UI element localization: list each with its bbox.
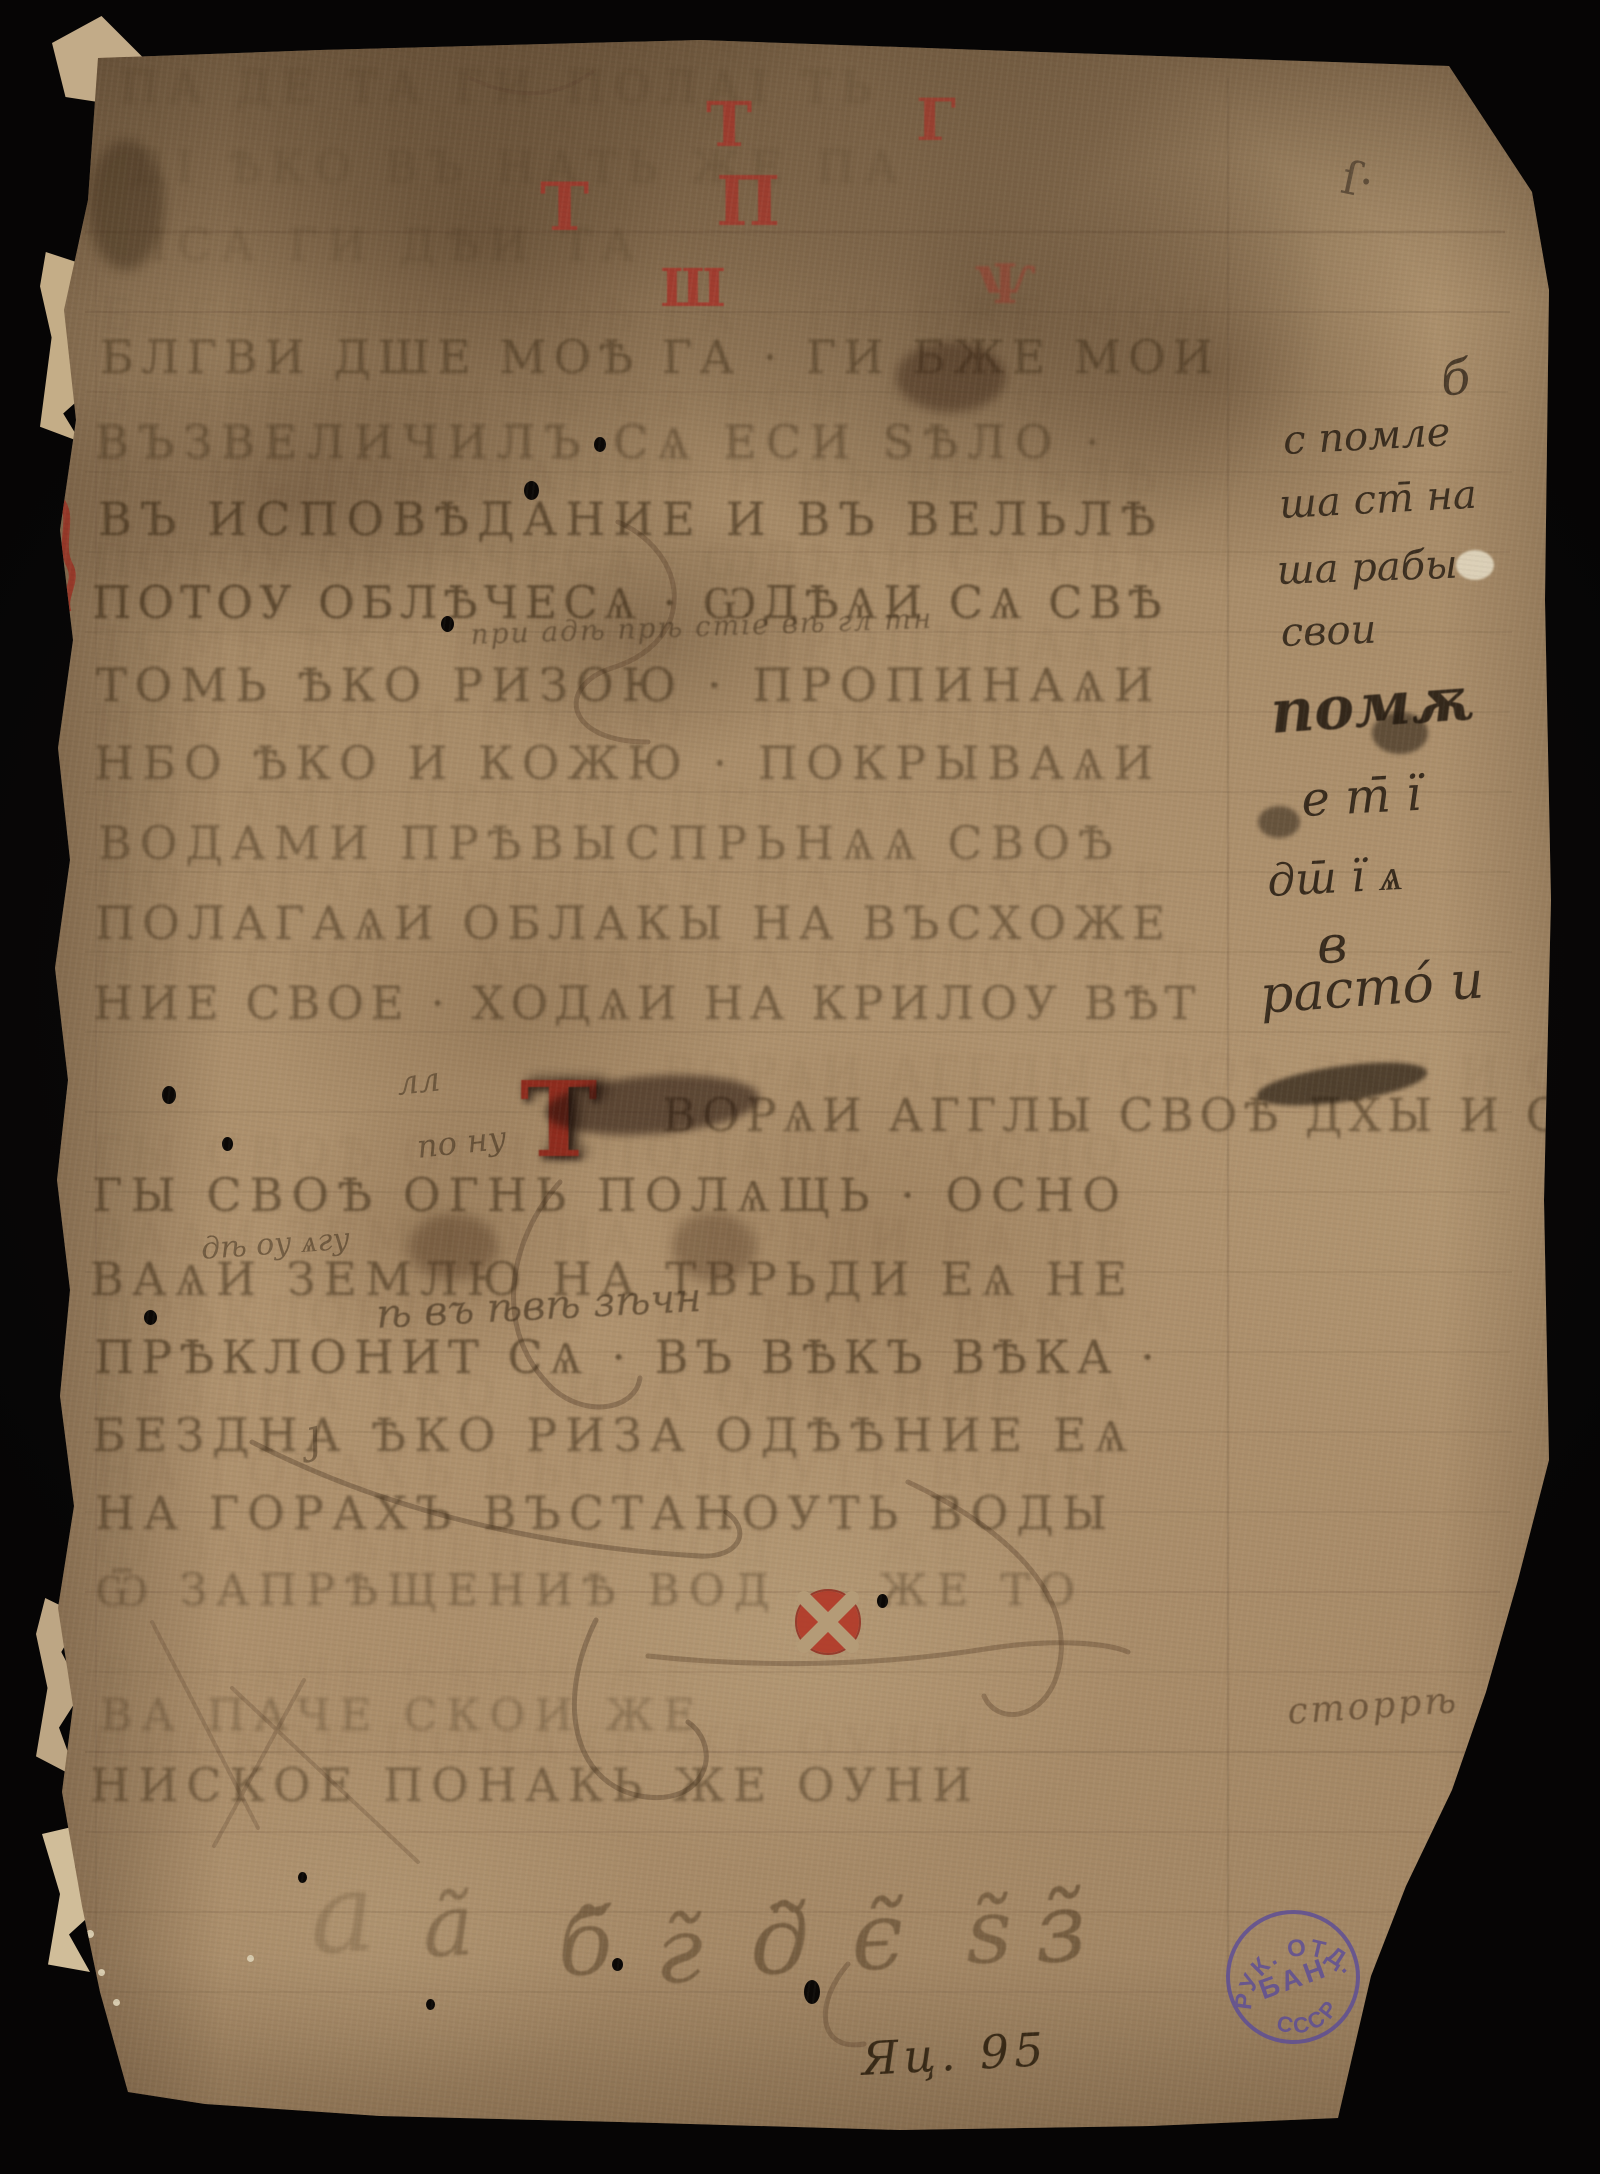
- white-speck: [113, 1999, 120, 2006]
- stain-blot: [408, 1214, 498, 1280]
- stain-blot: [88, 140, 164, 270]
- margin-note: б: [1438, 349, 1473, 408]
- text-line: ВОРѦИ АГГЛЫ СВОѢ ДХЫ И СЛОУ: [662, 1088, 1600, 1142]
- text-line: ВОДАМИ ПРѢВЫСПРЬНѦѦ СВОѢ: [98, 816, 1121, 870]
- cyrillic-numeral: ѕ̃: [964, 1878, 1014, 1985]
- margin-note: дш̄ ї ѧ: [1266, 849, 1404, 907]
- rubric-letter: Ѱ: [975, 252, 1034, 316]
- text-line: ГЫ СВОѢ ОГНЬ ПОЛѦЩЬ · ОСНО: [92, 1168, 1128, 1222]
- text-line: ДІ ѢКО ВЪ НАТЬ ЖЕ ПА: [130, 142, 908, 193]
- margin-note: помѫ: [1268, 664, 1474, 748]
- text-line: НИЕ СВОЕ · ХОДѦИ НА КРИЛОУ ВѢТ: [93, 976, 1201, 1030]
- wormhole: [426, 1999, 435, 2010]
- text-line: НА ГОРАХЪ ВЪСТАНОУТЬ ВОДЫ: [95, 1486, 1115, 1540]
- wormhole: [804, 1980, 820, 2004]
- cyrillic-numeral: з̃: [1030, 1870, 1090, 1985]
- text-line: БЕЗДНА ѢКО РИЗА ОДѢѢНИЕ ЕѦ: [92, 1408, 1136, 1462]
- margin-note: свои: [1280, 607, 1377, 656]
- margin-note: с помле: [1282, 409, 1451, 464]
- text-line: ВА ПАЧЕ СКОИ ЖЕ: [100, 1690, 704, 1741]
- manuscript-photo: ПА ДЕ ТА ГИ ПОЛАІ ТЬДІ ѢКО ВЪ НАТЬ ЖЕ ПА…: [0, 0, 1600, 2174]
- wormhole: [877, 1594, 888, 1608]
- cyrillic-numeral: г̃: [654, 1896, 704, 2005]
- rubric-letter: Г: [916, 86, 956, 154]
- wormhole: [612, 1958, 623, 1971]
- margin-note: ша рабы: [1276, 542, 1458, 594]
- wormhole: [524, 481, 539, 500]
- wormhole: [298, 1872, 307, 1883]
- wormhole: [162, 1086, 176, 1104]
- white-paint-speck: [1456, 550, 1494, 580]
- wormhole: [144, 1310, 157, 1325]
- text-line: БЛГВИ ДШЕ МОѢ ГА · ГИ БЖЕ МОИ: [100, 330, 1220, 384]
- text-line: ПРѢКЛОНИТ СѦ · ВЪ ВѢКЪ ВѢКА ·: [94, 1330, 1162, 1384]
- white-speck: [247, 1955, 254, 1962]
- shelfmark: Яц. 95: [860, 2022, 1050, 2086]
- text-line: Ѿ ЗАПРѢЩЕНИѢ ВОД: [96, 1565, 779, 1616]
- wormhole: [441, 616, 454, 632]
- wormhole: [594, 437, 606, 452]
- parchment-leaf: ПА ДЕ ТА ГИ ПОЛАІ ТЬДІ ѢКО ВЪ НАТЬ ЖЕ ПА…: [0, 0, 1600, 2174]
- interlinear-note: лл: [395, 1059, 442, 1103]
- cyrillic-numeral: а̃: [420, 1875, 476, 1978]
- stain-blot: [672, 1212, 756, 1282]
- rubric-letter: Ш: [660, 258, 726, 319]
- text-line: ПА ДЕ ТА ГИ ПОЛАІ ТЬ: [120, 62, 881, 113]
- wormhole: [222, 1137, 233, 1151]
- stain-blot: [896, 342, 1006, 412]
- text-line: ВЪ ИСПОВѢДАНИЕ И ВЪ ВЕЛЬЛѢ: [98, 492, 1164, 546]
- rubric-letter: П: [716, 162, 780, 242]
- ink-blot: [1372, 712, 1428, 754]
- cyrillic-numeral: а: [305, 1847, 379, 1979]
- white-speck: [86, 1930, 94, 1938]
- cyrillic-numeral: є̃: [848, 1881, 906, 1993]
- white-speck: [98, 1969, 105, 1976]
- rubric-letter: Т: [540, 168, 589, 246]
- text-line: НБО ѢКО И КОЖЮ · ПОКРЫВАѦИ: [94, 736, 1161, 790]
- text-line: ЖЕ ТО: [878, 1565, 1084, 1616]
- rubric-letter: Т: [706, 88, 752, 161]
- cyrillic-numeral: б̃: [556, 1890, 615, 1997]
- text-line: ПОЛАГАѦИ ОБЛАКЫ НА ВЪСХОЖЕ: [95, 896, 1172, 950]
- text-line: НИСКОЕ ПОНАКЬ ЖЕ ОУНИ: [90, 1758, 980, 1812]
- margin-note: е т̄ ї: [1300, 766, 1423, 828]
- ink-blot: [1258, 806, 1300, 838]
- cyrillic-numeral: д̃: [748, 1886, 811, 1997]
- text-line: ТОМЬ ѢКО РИЗОЮ · ПРОПИНАѦИ: [96, 658, 1162, 712]
